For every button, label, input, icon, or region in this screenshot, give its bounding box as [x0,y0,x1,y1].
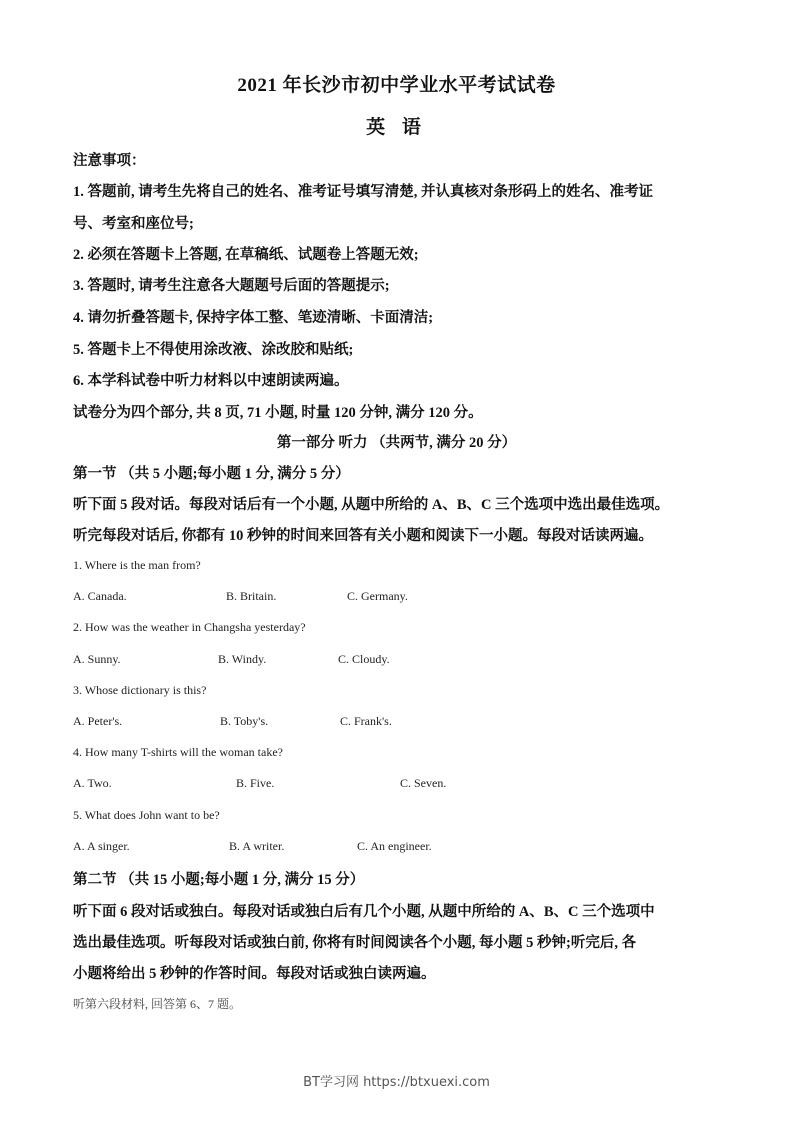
option-a: A. Two. [73,776,112,791]
page-title: 2021 年长沙市初中学业水平考试试卷 [0,70,793,97]
option-c: C. Cloudy. [338,652,390,667]
option-c: C. An engineer. [357,839,432,854]
option-b: B. Britain. [226,589,276,604]
note-item: 1. 答题前, 请考生先将自己的姓名、准考证号填写清楚, 并认真核对条形码上的姓… [73,180,653,201]
section2-instruction: 选出最佳选项。听每段对话或独白前, 你将有时间阅读各个小题, 每小题 5 秒钟;… [73,931,636,952]
exam-summary: 试卷分为四个部分, 共 8 页, 71 小题, 时量 120 分钟, 满分 12… [73,401,483,422]
question-stem: 4. How many T-shirts will the woman take… [73,745,283,760]
question-stem: 5. What does John want to be? [73,808,220,823]
option-b: B. Five. [236,776,274,791]
option-a: A. A singer. [73,839,130,854]
section2-heading: 第二节 （共 15 小题;每小题 1 分, 满分 15 分） [73,868,364,889]
option-c: C. Seven. [400,776,446,791]
note-item: 6. 本学科试卷中听力材料以中速朗读两遍。 [73,369,349,390]
option-c: C. Germany. [347,589,408,604]
footer-watermark: BT学习网 https://btxuexi.com [0,1071,793,1090]
option-b: B. Windy. [218,652,266,667]
option-a: A. Sunny. [73,652,121,667]
section1-heading: 第一节 （共 5 小题;每小题 1 分, 满分 5 分） [73,462,350,483]
section1-instruction: 听下面 5 段对话。每段对话后有一个小题, 从题中所给的 A、B、C 三个选项中… [73,493,669,514]
section2-instruction: 小题将给出 5 秒钟的作答时间。每段对话或独白读两遍。 [73,962,436,983]
note-item: 2. 必须在答题卡上答题, 在草稿纸、试题卷上答题无效; [73,243,419,264]
note-item: 3. 答题时, 请考生注意各大题题号后面的答题提示; [73,274,390,295]
option-a: A. Canada. [73,589,127,604]
section1-instruction: 听完每段对话后, 你都有 10 秒钟的时间来回答有关小题和阅读下一小题。每段对话… [73,524,653,545]
question-stem: 3. Whose dictionary is this? [73,683,206,698]
question-stem: 2. How was the weather in Changsha yeste… [73,620,306,635]
question-stem: 1. Where is the man from? [73,558,201,573]
option-b: B. Toby's. [220,714,268,729]
section2-instruction: 听下面 6 段对话或独白。每段对话或独白后有几个小题, 从题中所给的 A、B、C… [73,900,655,921]
note-item: 号、考室和座位号; [73,212,194,233]
subject-title: 英 语 [0,112,793,139]
option-b: B. A writer. [229,839,284,854]
part1-heading: 第一部分 听力 （共两节, 满分 20 分） [0,431,793,452]
note-item: 5. 答题卡上不得使用涂改液、涂改胶和贴纸; [73,338,353,359]
option-a: A. Peter's. [73,714,122,729]
material-hint: 听第六段材料, 回答第 6、7 题。 [73,995,241,1012]
notes-heading: 注意事项： [73,149,146,170]
note-item: 4. 请勿折叠答题卡, 保持字体工整、笔迹清晰、卡面清洁; [73,306,433,327]
option-c: C. Frank's. [340,714,392,729]
